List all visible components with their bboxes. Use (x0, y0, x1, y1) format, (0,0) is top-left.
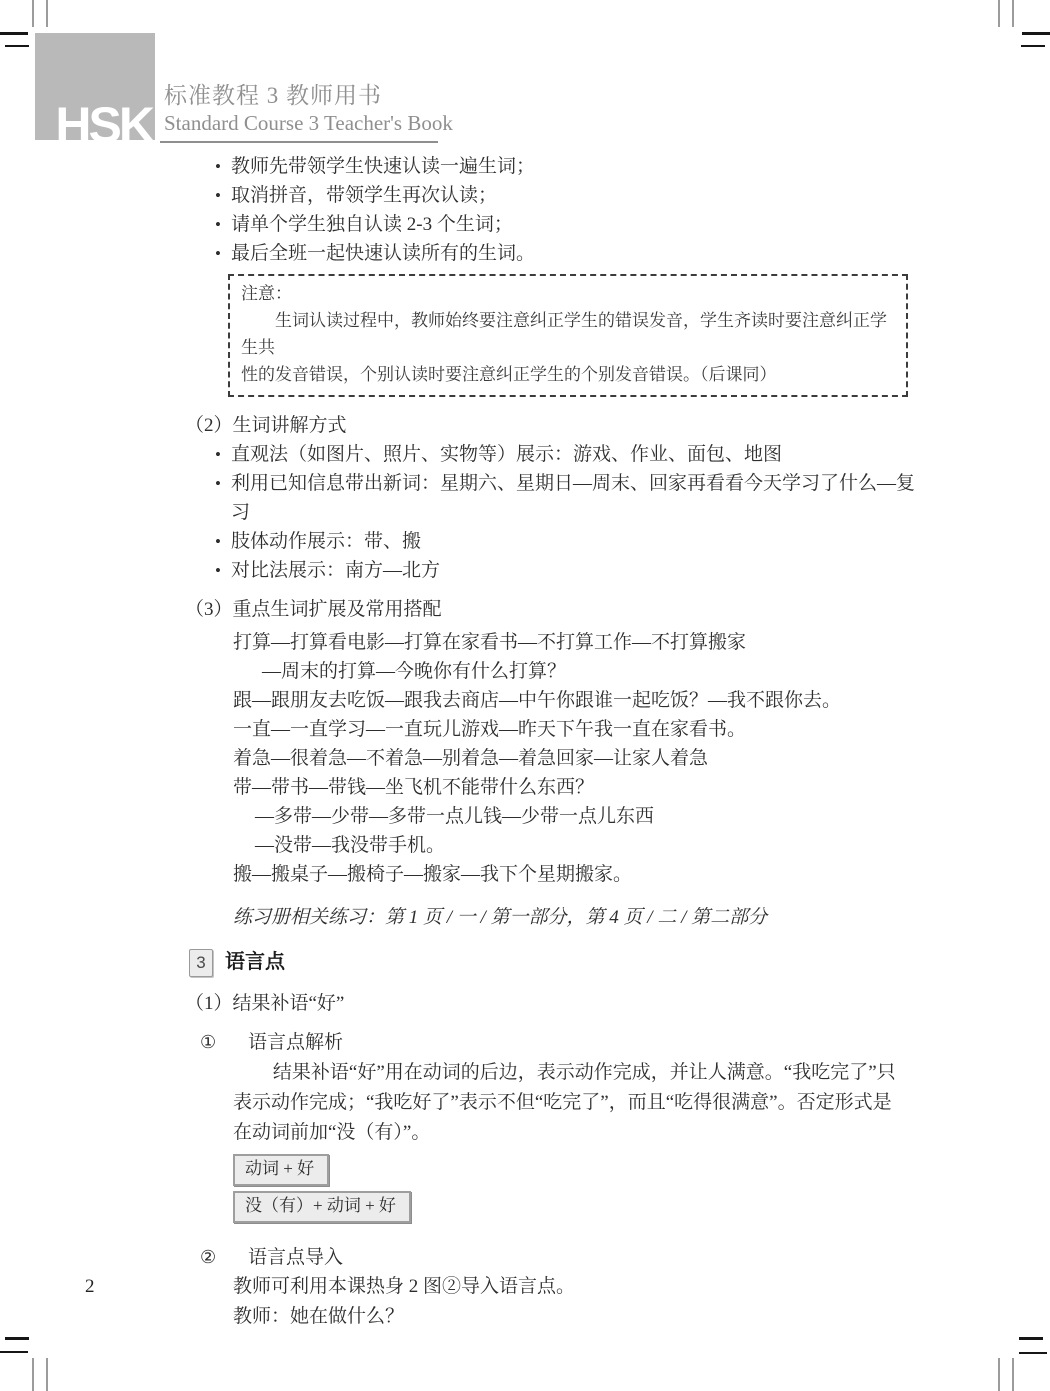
crop-mark (998, 1358, 1000, 1391)
book-page: HSK 标准教程 3 教师用书 Standard Course 3 Teache… (0, 0, 1050, 1391)
extension-line: 跟—跟朋友去吃饭—跟我去商店—中午你跟谁一起吃饭？—我不跟你去。 (233, 686, 917, 715)
extension-line: 一直—一直学习—一直玩儿游戏—昨天下午我一直在家看书。 (233, 715, 917, 744)
note-label: 注意： (241, 280, 895, 307)
note-box: 注意： 生词认读过程中，教师始终要注意纠正学生的错误发音，学生齐读时要注意纠正学… (228, 274, 908, 397)
extension-line: 带—带书—带钱—坐飞机不能带什么东西？ (233, 773, 917, 802)
bullet-text: 教师先带领学生快速认读一遍生词； (231, 152, 917, 181)
section3-heading: （3）重点生词扩展及常用搭配 (185, 595, 917, 624)
bullet-text: 最后全班一起快速认读所有的生词。 (231, 239, 917, 268)
list-item: • 最后全班一起快速认读所有的生词。 (215, 239, 917, 268)
list-item: • 请单个学生独自认读 2-3 个生词； (215, 210, 917, 239)
extension-line: —多带—少带—多带一点儿钱—少带一点儿东西 (255, 802, 917, 831)
formula-row: 没（有）+ 动词 + 好 (233, 1191, 917, 1223)
list-item: • 利用已知信息带出新词：星期六、星期日—周末、回家再看看今天学习了什么—复 习 (215, 469, 917, 527)
crop-mark (0, 32, 28, 35)
crop-mark (1021, 45, 1045, 47)
list-item: • 教师先带领学生快速认读一遍生词； (215, 152, 917, 181)
bullet-icon: • (215, 440, 231, 469)
lead-in-line: 教师：她在做什么？ (233, 1302, 917, 1332)
paragraph-line: 在动词前加“没（有）”。 (233, 1118, 917, 1148)
page-number: 2 (85, 1276, 95, 1298)
bullet-text: 对比法展示：南方—北方 (231, 556, 917, 585)
lead-in-lines: 教师可利用本课热身 2 图②导入语言点。 教师：她在做什么？ (233, 1272, 917, 1332)
extension-line: 着急—很着急—不着急—别着急—着急回家—让家人着急 (233, 744, 917, 773)
bullet-text: 取消拼音，带领学生再次认读； (231, 181, 917, 210)
bullet-icon: • (215, 152, 231, 181)
section-number-badge: 3 (189, 949, 213, 977)
bullet-text-line: 利用已知信息带出新词：星期六、星期日—周末、回家再看看今天学习了什么—复 (231, 473, 915, 494)
language-points-heading: 3 语言点 (189, 948, 917, 977)
grammar-formula-box: 没（有）+ 动词 + 好 (233, 1191, 411, 1223)
list-item: • 直观法（如图片、照片、实物等）展示：游戏、作业、面包、地图 (215, 440, 917, 469)
extension-line: 打算—打算看电影—打算在家看书—不打算工作—不打算搬家 (233, 628, 917, 657)
extension-line: 搬—搬桌子—搬椅子—搬家—我下个星期搬家。 (233, 860, 917, 889)
numbered-item-title: 语言点导入 (248, 1243, 917, 1272)
bullet-text: 利用已知信息带出新词：星期六、星期日—周末、回家再看看今天学习了什么—复 习 (231, 469, 917, 527)
workbook-exercise-note: 练习册相关练习：第 1 页 / 一 / 第一部分，第 4 页 / 二 / 第二部… (233, 903, 917, 932)
bullet-text: 请单个学生独自认读 2-3 个生词； (231, 210, 917, 239)
crop-mark (1012, 1358, 1014, 1391)
page-content: • 教师先带领学生快速认读一遍生词； • 取消拼音，带领学生再次认读； • 请单… (185, 152, 917, 1332)
crop-mark (32, 1358, 34, 1391)
paragraph-line: 表示动作完成；“我吃好了”表示不但“吃完了”，而且“吃得很满意”。否定形式是 (233, 1088, 917, 1118)
circled-number-icon: ② (185, 1243, 248, 1272)
circled-number-icon: ① (185, 1028, 248, 1057)
bullet-icon: • (215, 469, 231, 527)
crop-mark (32, 0, 34, 27)
word-extension-list: 打算—打算看电影—打算在家看书—不打算工作—不打算搬家 —周末的打算—今晚你有什… (233, 628, 917, 889)
crop-mark (46, 1358, 48, 1391)
bullet-icon: • (215, 239, 231, 268)
header-divider (160, 141, 438, 143)
hsk-logo: HSK (35, 33, 155, 140)
extension-line: —周末的打算—今晚你有什么打算？ (262, 657, 917, 686)
book-title-english: Standard Course 3 Teacher's Book (164, 110, 453, 137)
crop-mark (998, 0, 1000, 27)
note-body-line: 生词认读过程中，教师始终要注意纠正学生的错误发音，学生齐读时要注意纠正学生共 (241, 307, 895, 361)
numbered-item-title: 语言点解析 (248, 1028, 917, 1057)
crop-mark (1012, 0, 1014, 27)
subsection1-heading: （1）结果补语“好” (185, 989, 917, 1018)
crop-mark (1022, 32, 1050, 35)
section-title: 语言点 (225, 948, 285, 977)
list-item: • 对比法展示：南方—北方 (215, 556, 917, 585)
paragraph-line: 结果补语“好”用在动词的后边，表示动作完成，并让人满意。“我吃完了”只 (233, 1058, 917, 1088)
book-header: 标准教程 3 教师用书 Standard Course 3 Teacher's … (164, 82, 453, 137)
intro-bullet-list: • 教师先带领学生快速认读一遍生词； • 取消拼音，带领学生再次认读； • 请单… (185, 152, 917, 268)
list-item: • 取消拼音，带领学生再次认读； (215, 181, 917, 210)
crop-mark (1019, 1337, 1043, 1340)
numbered-item: ② 语言点导入 (185, 1243, 917, 1272)
bullet-icon: • (215, 210, 231, 239)
hsk-logo-text: HSK (55, 100, 152, 150)
section2-heading: （2）生词讲解方式 (185, 411, 917, 440)
grammar-formula-box: 动词 + 好 (233, 1154, 329, 1186)
bullet-text: 直观法（如图片、照片、实物等）展示：游戏、作业、面包、地图 (231, 440, 917, 469)
crop-mark (46, 0, 48, 27)
crop-mark (5, 1337, 29, 1340)
extension-line: —没带—我没带手机。 (255, 831, 917, 860)
section2-bullet-list: • 直观法（如图片、照片、实物等）展示：游戏、作业、面包、地图 • 利用已知信息… (185, 440, 917, 585)
bullet-text: 肢体动作展示：带、搬 (231, 527, 917, 556)
bullet-text-line: 习 (231, 502, 250, 523)
formula-row: 动词 + 好 (233, 1154, 917, 1186)
crop-mark (5, 45, 29, 47)
grammar-explanation: 结果补语“好”用在动词的后边，表示动作完成，并让人满意。“我吃完了”只 表示动作… (233, 1058, 917, 1148)
bullet-icon: • (215, 181, 231, 210)
bullet-icon: • (215, 556, 231, 585)
bullet-icon: • (215, 527, 231, 556)
crop-mark (0, 1351, 28, 1353)
book-title-chinese: 标准教程 3 教师用书 (164, 82, 453, 110)
note-body-line: 性的发音错误，个别认读时要注意纠正学生的个别发音错误。（后课同） (241, 361, 895, 388)
numbered-item: ① 语言点解析 (185, 1028, 917, 1057)
crop-mark (1019, 1352, 1047, 1354)
lead-in-line: 教师可利用本课热身 2 图②导入语言点。 (233, 1272, 917, 1302)
list-item: • 肢体动作展示：带、搬 (215, 527, 917, 556)
